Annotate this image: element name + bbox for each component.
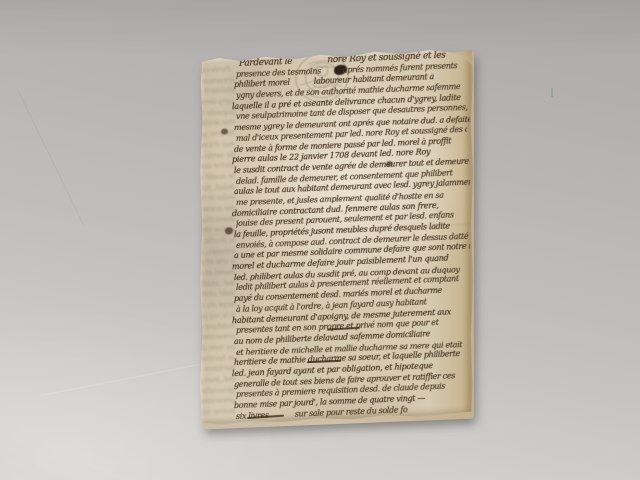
manuscript-line: au nom de philiberte delavaud safemme do… — [201, 342, 235, 354]
manuscript-text: Pardevant le nore Roy et soussigné et le… — [234, 50, 472, 423]
backdrop-scratch — [551, 88, 553, 97]
manuscript-line: à la loy acquit à l'ordre, à jean fayard… — [201, 310, 235, 322]
manuscript-page: Pardevant le nore Roy et soussigné et le… — [200, 47, 473, 426]
photo-backdrop: Pardevant le nore Roy et soussigné et le… — [0, 0, 640, 480]
backdrop-scratch — [18, 90, 85, 225]
verso-bleedthrough-text: Pardevant le nore Roy et soussigné et le… — [201, 64, 235, 417]
manuscript-line: bonne mise par jourd', la somme de quatr… — [201, 406, 235, 417]
manuscript-line: mal d'iceux presentement par led. nore R… — [201, 139, 235, 151]
manuscript-line: le susdit contract de vente agrée de dem… — [201, 171, 235, 183]
